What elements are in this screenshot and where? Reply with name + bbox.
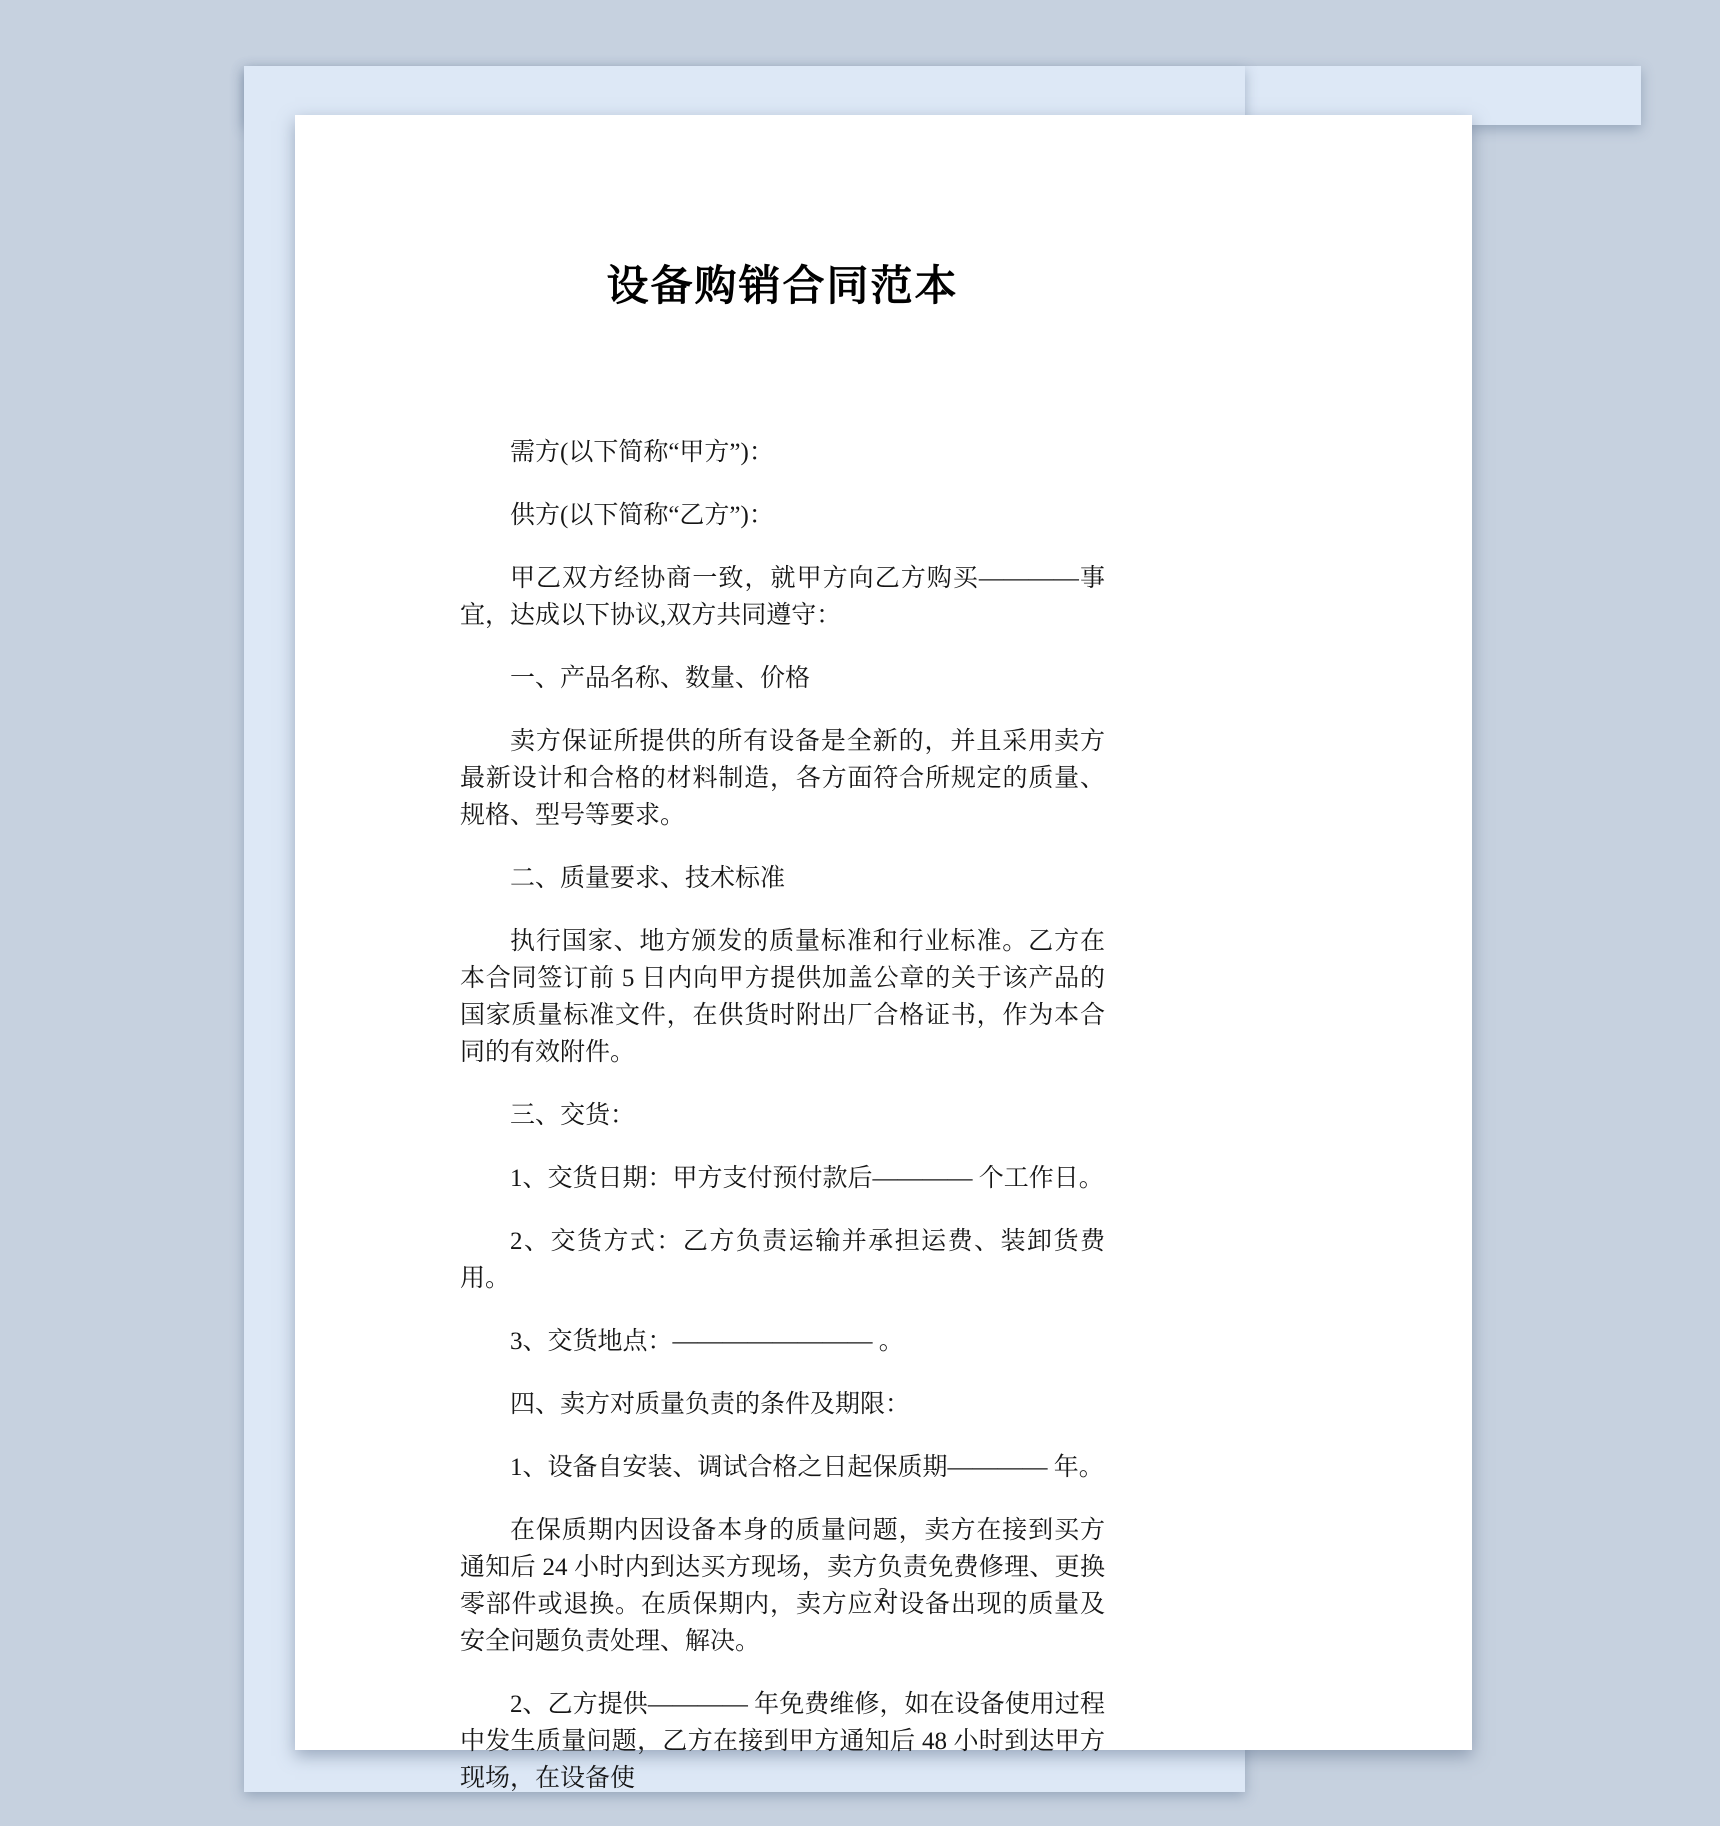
paragraph: 2、乙方提供———— 年免费维修，如在设备使用过程中发生质量问题，乙方在接到甲方… [460, 1686, 1105, 1797]
paragraph: 1、交货日期：甲方支付预付款后———— 个工作日。 [460, 1160, 1105, 1197]
document-page: 设备购销合同范本 需方(以下简称“甲方”)：供方(以下简称“乙方”)：甲乙双方经… [295, 115, 1472, 1750]
paragraph: 3、交货地点：———————— 。 [460, 1323, 1105, 1360]
page-number: 2 [295, 1583, 1472, 1608]
paragraph: 需方(以下简称“甲方”)： [460, 434, 1105, 471]
paragraph: 二、质量要求、技术标准 [460, 860, 1105, 897]
paragraph: 执行国家、地方颁发的质量标准和行业标准。乙方在本合同签订前 5 日内向甲方提供加… [460, 923, 1105, 1071]
paragraph: 2、交货方式：乙方负责运输并承担运费、装卸货费用。 [460, 1223, 1105, 1297]
paragraph: 1、设备自安装、调试合格之日起保质期———— 年。 [460, 1449, 1105, 1486]
paragraph: 一、产品名称、数量、价格 [460, 660, 1105, 697]
desktop-background: 设备购销合同范本 需方(以下简称“甲方”)：供方(以下简称“乙方”)：甲乙双方经… [0, 0, 1720, 1826]
paragraph: 供方(以下简称“乙方”)： [460, 497, 1105, 534]
paragraph: 甲乙双方经协商一致，就甲方向乙方购买————事宜，达成以下协议,双方共同遵守： [460, 560, 1105, 634]
paragraph: 四、卖方对质量负责的条件及期限： [460, 1386, 1105, 1423]
document-title: 设备购销合同范本 [460, 260, 1105, 312]
paragraph: 三、交货： [460, 1097, 1105, 1134]
paragraph: 卖方保证所提供的所有设备是全新的，并且采用卖方最新设计和合格的材料制造，各方面符… [460, 723, 1105, 834]
